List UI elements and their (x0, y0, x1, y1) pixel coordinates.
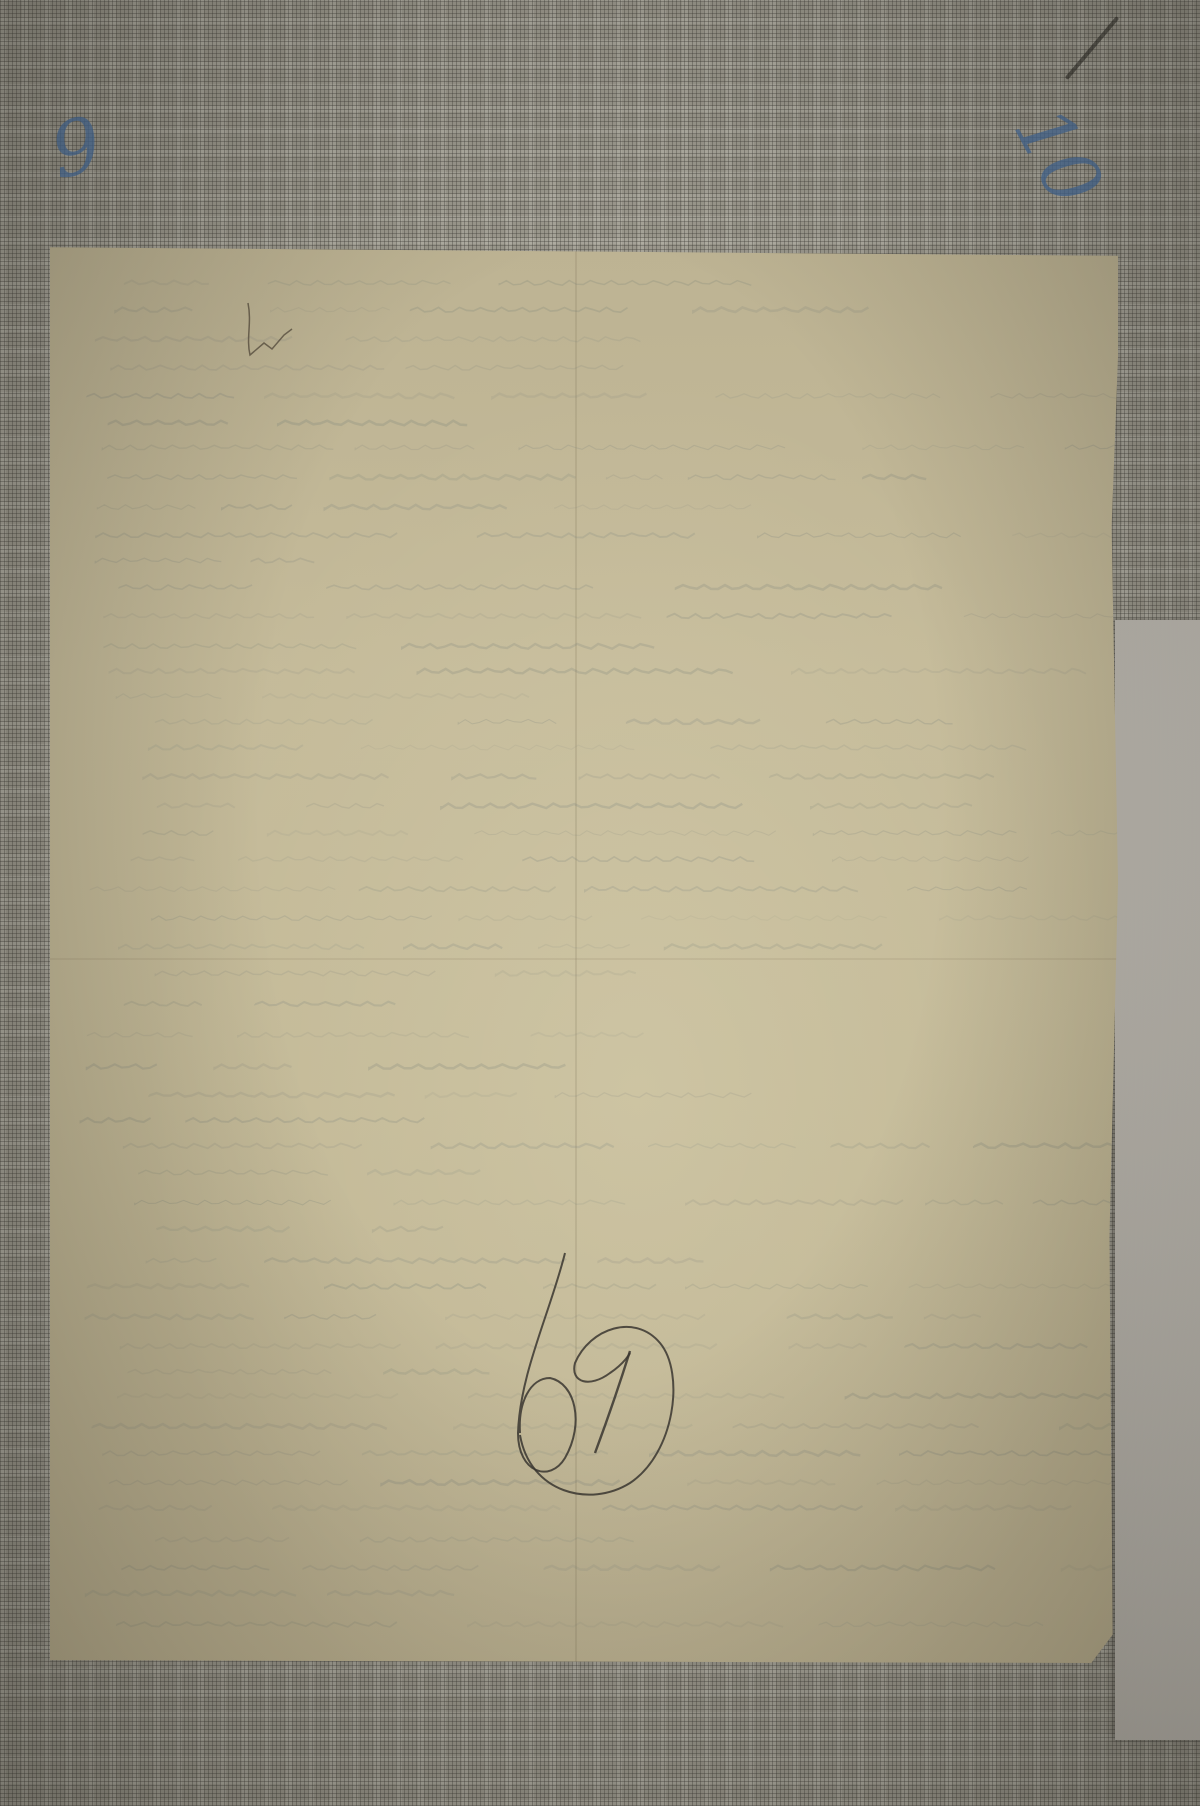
corner-mark-top-left: 9 (45, 106, 108, 190)
pencil-stroke-mark (1065, 16, 1119, 80)
folio-number: 69 (470, 1200, 690, 1420)
bleed-through-handwriting (50, 243, 1118, 1663)
photo-stage: 9 10 69 (0, 0, 1200, 1806)
document-page (50, 243, 1118, 1663)
underlying-white-sheet (1115, 620, 1200, 1740)
corner-mark-top-right: 10 (1002, 95, 1115, 216)
